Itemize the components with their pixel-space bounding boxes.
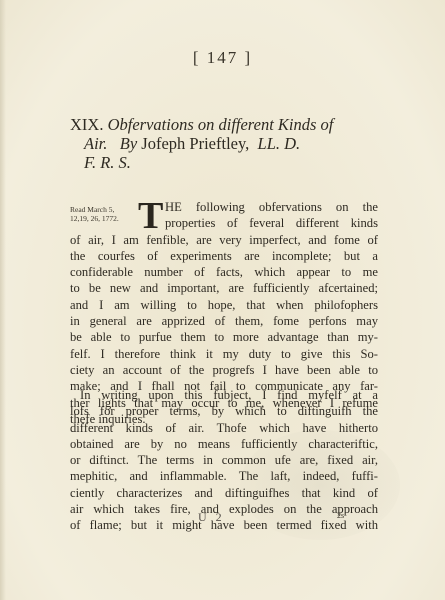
margin-note-read-dates: Read March 5, 12,19, 26, 1772. (70, 205, 119, 223)
title-by: By (120, 134, 137, 153)
text-line: and I am willing to hope, that when phil… (70, 297, 378, 313)
text-line: ciently characterizes and diftinguifhes … (70, 485, 378, 501)
text-line: properties of feveral different kinds (165, 215, 378, 231)
article-title: XIX. Obfervations on different Kinds of … (70, 115, 390, 172)
page-number: [ 147 ] (0, 48, 445, 68)
text-line: of air, I am fenfible, are very imperfec… (70, 232, 378, 248)
page-edge-shadow (0, 0, 6, 600)
text-line: In writing upon this fubject, I find myf… (70, 387, 378, 403)
title-line-2: Air. By Jofeph Prieftley, LL. D. (70, 134, 390, 153)
opening-lines: HE following obfervations on the propert… (165, 199, 378, 232)
article-numeral: XIX. (70, 115, 103, 134)
text-line: HE following obfervations on the (165, 199, 378, 215)
text-line: in general are apprized of them, fome pe… (70, 313, 378, 329)
text-line: different kinds of air. Thofe which have… (70, 420, 378, 436)
author-name: Jofeph Prieftley, (141, 134, 249, 153)
text-line: lofs for proper terms, by which to difti… (70, 403, 378, 419)
title-main-italic: Obfervations on different Kinds of (108, 115, 334, 134)
text-line: mephitic, and inflammable. The laft, ind… (70, 468, 378, 484)
catchword: 2s (337, 511, 344, 520)
text-line: the courfes of experiments are incomplet… (70, 248, 378, 264)
text-line: be able to purfue them to more advantage… (70, 329, 378, 345)
drop-cap: T (138, 200, 163, 232)
text-line: confiderable number of facts, which appe… (70, 264, 378, 280)
text-line: felf. I therefore think it my duty to gi… (70, 346, 378, 362)
title-line-1: XIX. Obfervations on different Kinds of (70, 115, 390, 134)
signature-mark: U 2 (198, 510, 225, 525)
title-air: Air. (84, 134, 107, 153)
margin-note-line-1: Read March 5, (70, 205, 119, 214)
author-degree: LL. D. (258, 134, 301, 153)
author-fellowship: F. R. S. (70, 153, 390, 172)
document-page: [ 147 ] XIX. Obfervations on different K… (0, 0, 445, 600)
text-line: to be new and important, are fufficientl… (70, 280, 378, 296)
text-line: ciety an account of the progrefs I have … (70, 362, 378, 378)
text-line: obtained are by no means fufficiently ch… (70, 436, 378, 452)
margin-note-line-2: 12,19, 26, 1772. (70, 214, 119, 223)
text-line: or diftinct. The terms in common ufe are… (70, 452, 378, 468)
